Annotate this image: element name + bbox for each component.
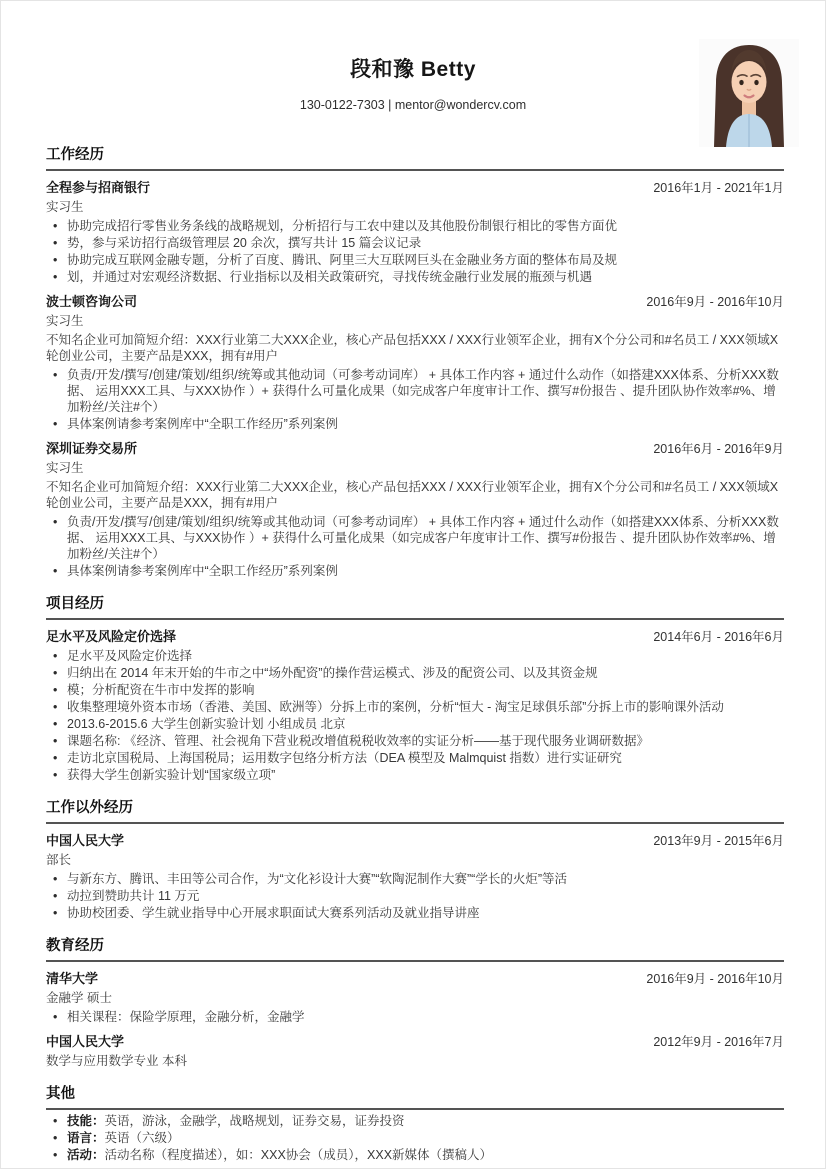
section-title-other: 其他 <box>46 1082 784 1110</box>
entry-date: 2016年9月 - 2016年10月 <box>646 969 784 987</box>
bullet-item: 具体案例请参考案例库中“全职工作经历”系列案例 <box>46 416 784 432</box>
project-entry: 足水平及风险定价选择 2014年6月 - 2016年6月 足水平及风险定价选择 … <box>46 626 784 783</box>
entry-bullets: 负责/开发/撰写/创建/策划/组织/统筹或其他动词（可参考动词库） + 具体工作… <box>46 514 784 579</box>
portrait-illustration <box>699 39 799 147</box>
entry-bullets: 与新东方、腾讯、丰田等公司合作，为“文化衫设计大赛”“软陶泥制作大赛”“学长的火… <box>46 871 784 921</box>
section-work-experience: 工作经历 全程参与招商银行 2016年1月 - 2021年1月 实习生 协助完成… <box>46 143 784 579</box>
bullet-item: 协助校团委、学生就业指导中心开展求职面试大赛系列活动及就业指导讲座 <box>46 905 784 921</box>
entry-project-name: 足水平及风险定价选择 <box>46 626 176 645</box>
entry-bullets: 负责/开发/撰写/创建/策划/组织/统筹或其他动词（可参考动词库） + 具体工作… <box>46 367 784 432</box>
bullet-label: 活动： <box>67 1148 105 1162</box>
bullet-item: 协助完成招行零售业务条线的战略规划，分析招行与工农中建以及其他股份制银行相比的零… <box>46 218 784 234</box>
bullet-item-activities: 活动：活动名称（程度描述），如：XXX协会（成员），XXX新媒体（撰稿人） <box>46 1147 784 1163</box>
bullet-item-skills: 技能：英语，游泳，金融学，战略规划，证券交易，证券投资 <box>46 1113 784 1129</box>
bullet-item: 动拉到赞助共计 11 万元 <box>46 888 784 904</box>
bullet-item: 走访北京国税局、上海国税局；运用数字包络分析方法（DEA 模型及 Malmqui… <box>46 750 784 766</box>
entry-bullets: 相关课程：保险学原理，金融分析，金融学 <box>46 1009 784 1025</box>
entry-intro: 不知名企业可加简短介绍：XXX行业第二大XXX企业，核心产品包括XXX / XX… <box>46 479 784 511</box>
section-education: 教育经历 清华大学 2016年9月 - 2016年10月 金融学 硕士 相关课程… <box>46 934 784 1069</box>
bullet-item: 负责/开发/撰写/创建/策划/组织/统筹或其他动词（可参考动词库） + 具体工作… <box>46 514 784 562</box>
work-entry-bcg: 波士顿咨询公司 2016年9月 - 2016年10月 实习生 不知名企业可加简短… <box>46 291 784 432</box>
entry-intro: 不知名企业可加简短介绍：XXX行业第二大XXX企业，核心产品包括XXX / XX… <box>46 332 784 364</box>
bullet-item: 划，并通过对宏观经济数据、行业指标以及相关政策研究，寻找传统金融行业发展的瓶颈与… <box>46 269 784 285</box>
entry-bullets: 协助完成招行零售业务条线的战略规划，分析招行与工农中建以及其他股份制银行相比的零… <box>46 218 784 285</box>
work-entry-cmb: 全程参与招商银行 2016年1月 - 2021年1月 实习生 协助完成招行零售业… <box>46 177 784 285</box>
entry-role: 实习生 <box>46 199 784 215</box>
bullet-label: 语言： <box>67 1131 105 1145</box>
section-other: 其他 技能：英语，游泳，金融学，战略规划，证券交易，证券投资 语言：英语（六级）… <box>46 1082 784 1163</box>
bullet-item-languages: 语言：英语（六级） <box>46 1130 784 1146</box>
bullet-item: 势，参与采访招行高级管理层 20 余次，撰写共计 15 篇会议记录 <box>46 235 784 251</box>
entry-date: 2016年6月 - 2016年9月 <box>653 439 784 457</box>
bullet-item: 协助完成互联网金融专题，分析了百度、腾讯、阿里三大互联网巨头在金融业务方面的整体… <box>46 252 784 268</box>
resume-page: 段和豫 Betty 130-0122-7303 | mentor@wonderc… <box>0 0 826 1169</box>
bullet-item: 具体案例请参考案例库中“全职工作经历”系列案例 <box>46 563 784 579</box>
section-extracurricular: 工作以外经历 中国人民大学 2013年9月 - 2015年6月 部长 与新东方、… <box>46 796 784 921</box>
bullet-item: 课题名称: 《经济、管理、社会视角下营业税改增值税税收效率的实证分析——基于现代… <box>46 733 784 749</box>
bullet-item: 2013.6-2015.6 大学生创新实验计划 小组成员 北京 <box>46 716 784 732</box>
bullet-item: 足水平及风险定价选择 <box>46 648 784 664</box>
education-entry-ruc: 中国人民大学 2012年9月 - 2016年7月 数学与应用数学专业 本科 <box>46 1031 784 1069</box>
extracurricular-entry: 中国人民大学 2013年9月 - 2015年6月 部长 与新东方、腾讯、丰田等公… <box>46 830 784 921</box>
entry-date: 2016年1月 - 2021年1月 <box>653 178 784 196</box>
entry-organization: 中国人民大学 <box>46 830 124 849</box>
entry-school: 中国人民大学 <box>46 1031 124 1050</box>
entry-role: 部长 <box>46 852 784 868</box>
entry-company: 波士顿咨询公司 <box>46 291 137 310</box>
entry-school: 清华大学 <box>46 968 98 987</box>
entry-degree: 金融学 硕士 <box>46 990 784 1006</box>
profile-photo <box>699 39 799 147</box>
resume-body: 工作经历 全程参与招商银行 2016年1月 - 2021年1月 实习生 协助完成… <box>1 143 825 1163</box>
bullet-item: 获得大学生创新实验计划“国家级立项” <box>46 767 784 783</box>
bullet-item: 归纳出在 2014 年末开始的牛市之中“场外配资”的操作营运模式、涉及的配资公司… <box>46 665 784 681</box>
section-title-projects: 项目经历 <box>46 592 784 620</box>
entry-date: 2014年6月 - 2016年6月 <box>653 627 784 645</box>
section-title-extracurricular: 工作以外经历 <box>46 796 784 824</box>
entry-degree: 数学与应用数学专业 本科 <box>46 1053 784 1069</box>
bullet-item: 相关课程：保险学原理，金融分析，金融学 <box>46 1009 784 1025</box>
work-entry-szse: 深圳证券交易所 2016年6月 - 2016年9月 实习生 不知名企业可加简短介… <box>46 438 784 579</box>
education-entry-tsinghua: 清华大学 2016年9月 - 2016年10月 金融学 硕士 相关课程：保险学原… <box>46 968 784 1025</box>
bullet-item: 与新东方、腾讯、丰田等公司合作，为“文化衫设计大赛”“软陶泥制作大赛”“学长的火… <box>46 871 784 887</box>
entry-date: 2016年9月 - 2016年10月 <box>646 292 784 310</box>
entry-company: 全程参与招商银行 <box>46 177 150 196</box>
entry-role: 实习生 <box>46 313 784 329</box>
entry-date: 2013年9月 - 2015年6月 <box>653 831 784 849</box>
bullet-item: 模；分析配资在牛市中发挥的影响 <box>46 682 784 698</box>
entry-date: 2012年9月 - 2016年7月 <box>653 1032 784 1050</box>
section-title-work-experience: 工作经历 <box>46 143 784 171</box>
bullet-item: 收集整理境外资本市场（香港、美国、欧洲等）分拆上市的案例，分析“恒大 - 淘宝足… <box>46 699 784 715</box>
entry-company: 深圳证券交易所 <box>46 438 137 457</box>
entry-role: 实习生 <box>46 460 784 476</box>
section-title-education: 教育经历 <box>46 934 784 962</box>
section-projects: 项目经历 足水平及风险定价选择 2014年6月 - 2016年6月 足水平及风险… <box>46 592 784 783</box>
entry-bullets: 足水平及风险定价选择 归纳出在 2014 年末开始的牛市之中“场外配资”的操作营… <box>46 648 784 783</box>
bullet-item: 负责/开发/撰写/创建/策划/组织/统筹或其他动词（可参考动词库） + 具体工作… <box>46 367 784 415</box>
bullet-label: 技能： <box>67 1114 105 1128</box>
entry-bullets: 技能：英语，游泳，金融学，战略规划，证券交易，证券投资 语言：英语（六级） 活动… <box>46 1113 784 1163</box>
other-entry: 技能：英语，游泳，金融学，战略规划，证券交易，证券投资 语言：英语（六级） 活动… <box>46 1113 784 1163</box>
